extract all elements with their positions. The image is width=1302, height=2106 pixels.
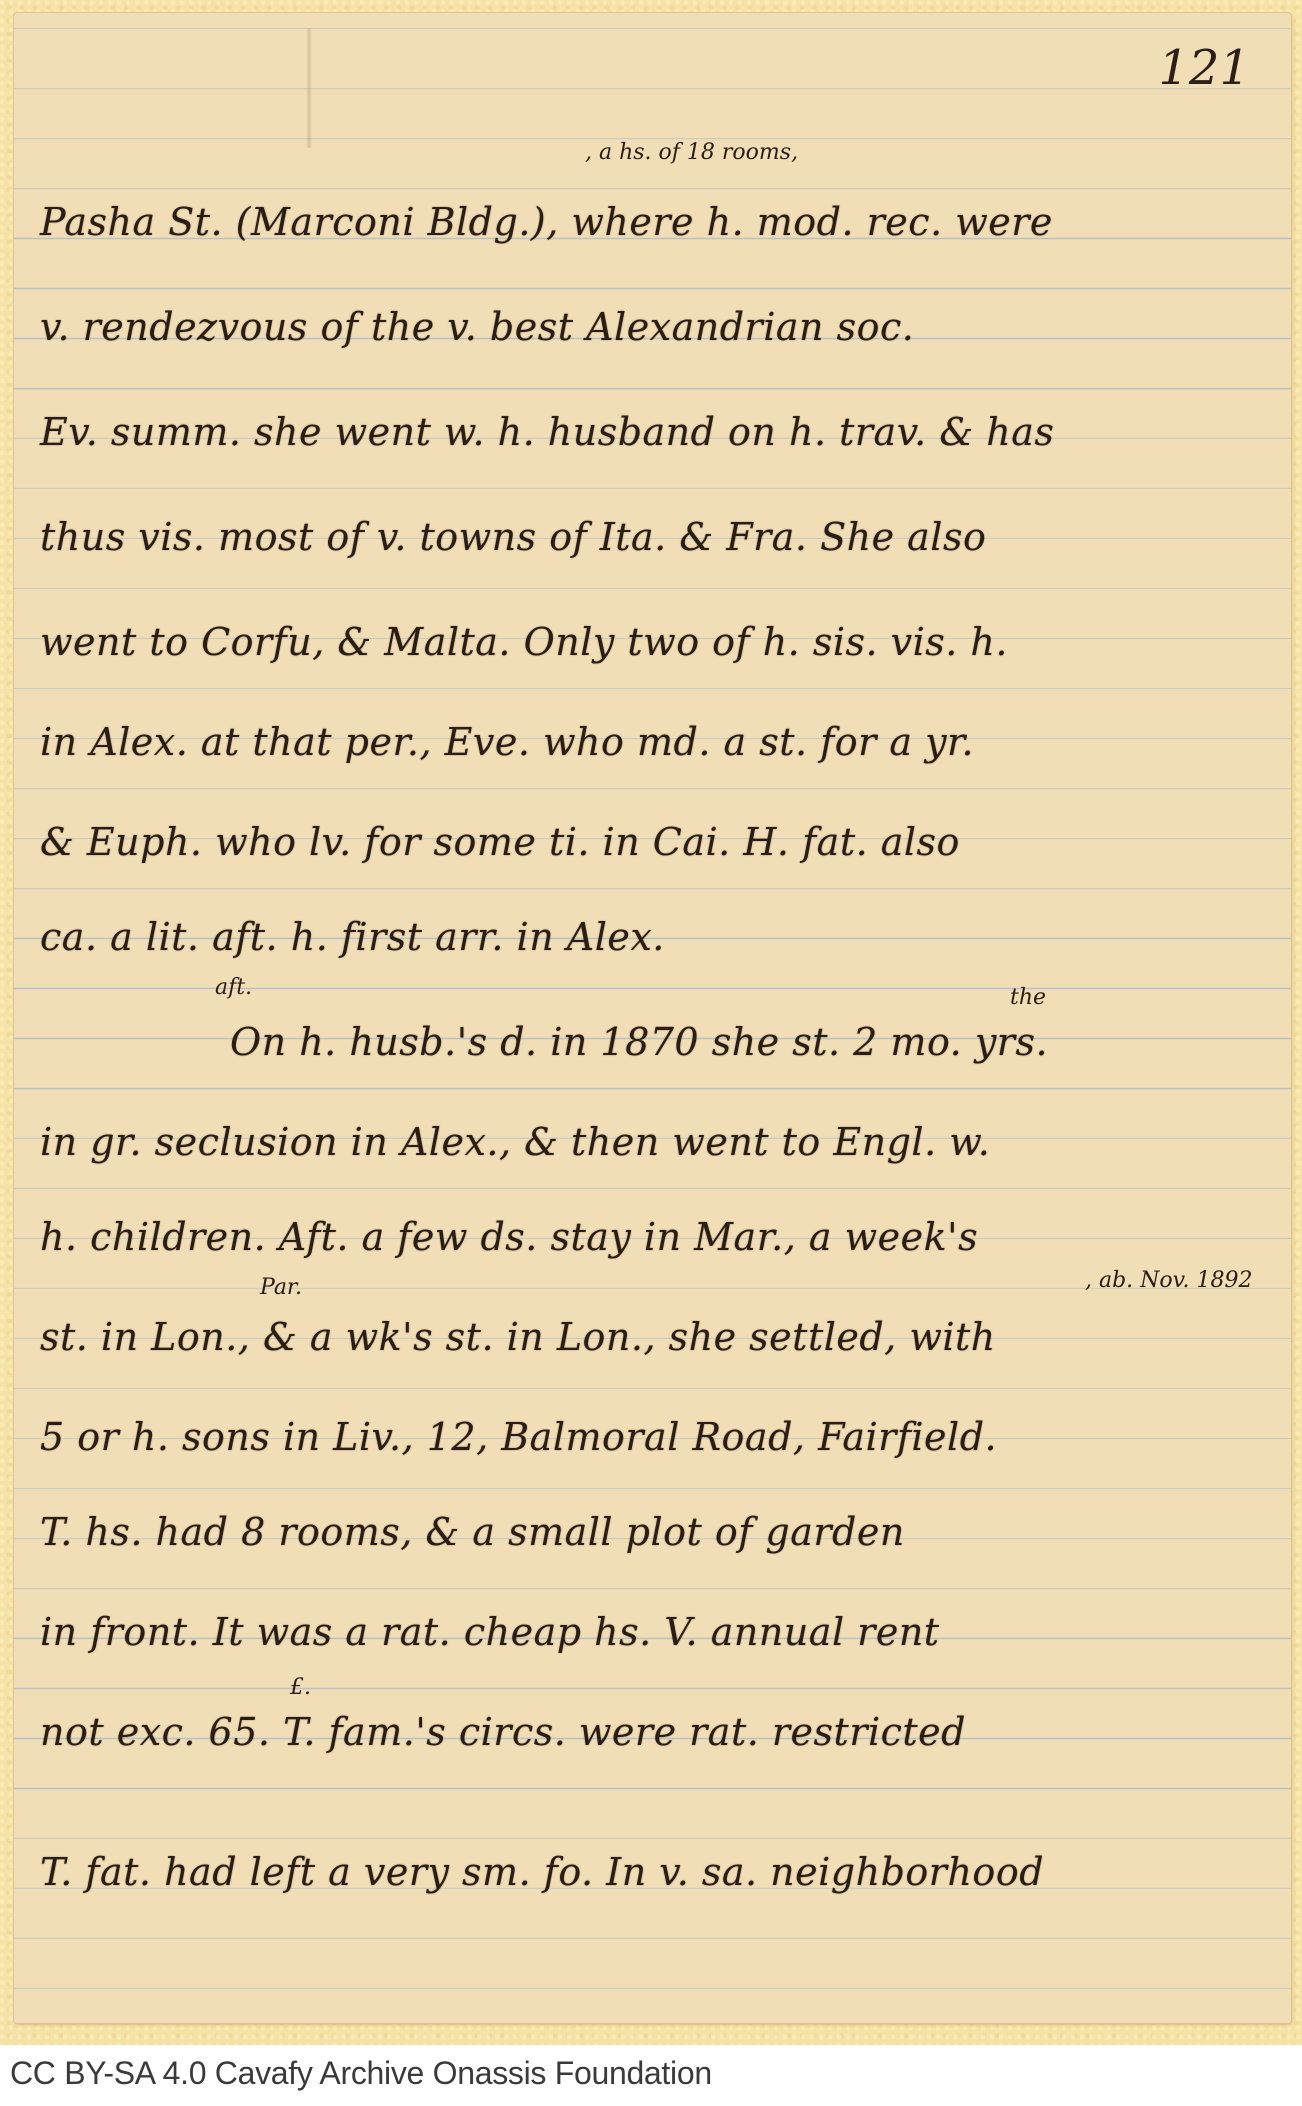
manuscript-line-17: not exc. 65. T. fam.'s circs. were rat. … [40,1710,1272,1754]
license-credit: CC BY-SA 4.0 Cavafy Archive Onassis Foun… [10,2055,712,2092]
manuscript-line-19: T. fat. had left a very sm. fo. In v. sa… [40,1850,1272,1894]
interlinear-note: £. [290,1675,311,1700]
manuscript-line-4: thus vis. most of v. towns of Ita. & Fra… [40,515,1272,559]
manuscript-line-7: & Euph. who lv. for some ti. in Cai. H. … [40,820,1272,864]
manuscript-line-3: Ev. summ. she went w. h. husband on h. t… [40,410,1272,454]
interlinear-note: Par. [260,1275,302,1300]
interlinear-note: aft. [215,975,252,1000]
manuscript-line-12: h. children. Aft. a few ds. stay in Mar.… [40,1215,1272,1259]
manuscript-line-8: ca. a lit. aft. h. first arr. in Alex. [40,915,665,959]
paper-crease [306,28,312,148]
manuscript-line-2: v. rendezvous of the v. best Alexandrian… [40,305,1272,349]
manuscript-line-16: in front. It was a rat. cheap hs. V. ann… [40,1610,1272,1654]
page-number: 121 [1158,40,1250,96]
interlinear-note: , a hs. of 18 rooms, [585,140,798,165]
manuscript-line-14: 5 or h. sons in Liv., 12, Balmoral Road,… [40,1415,1272,1459]
manuscript-line-10: On h. husb.'s d. in 1870 she st. 2 mo. y… [230,1020,1272,1064]
manuscript-line-1: Pasha St. (Marconi Bldg.), where h. mod.… [40,200,1272,244]
manuscript-line-5: went to Corfu, & Malta. Only two of h. s… [40,620,1272,664]
interlinear-note: the [1010,985,1046,1010]
interlinear-note: , ab. Nov. 1892 [1085,1268,1252,1293]
manuscript-line-6: in Alex. at that per., Eve. who md. a st… [40,720,1272,764]
manuscript-line-15: T. hs. had 8 rooms, & a small plot of ga… [40,1510,1272,1554]
manuscript-line-11: in gr. seclusion in Alex., & then went t… [40,1120,1272,1164]
manuscript-line-13: st. in Lon., & a wk's st. in Lon., she s… [40,1315,1272,1359]
